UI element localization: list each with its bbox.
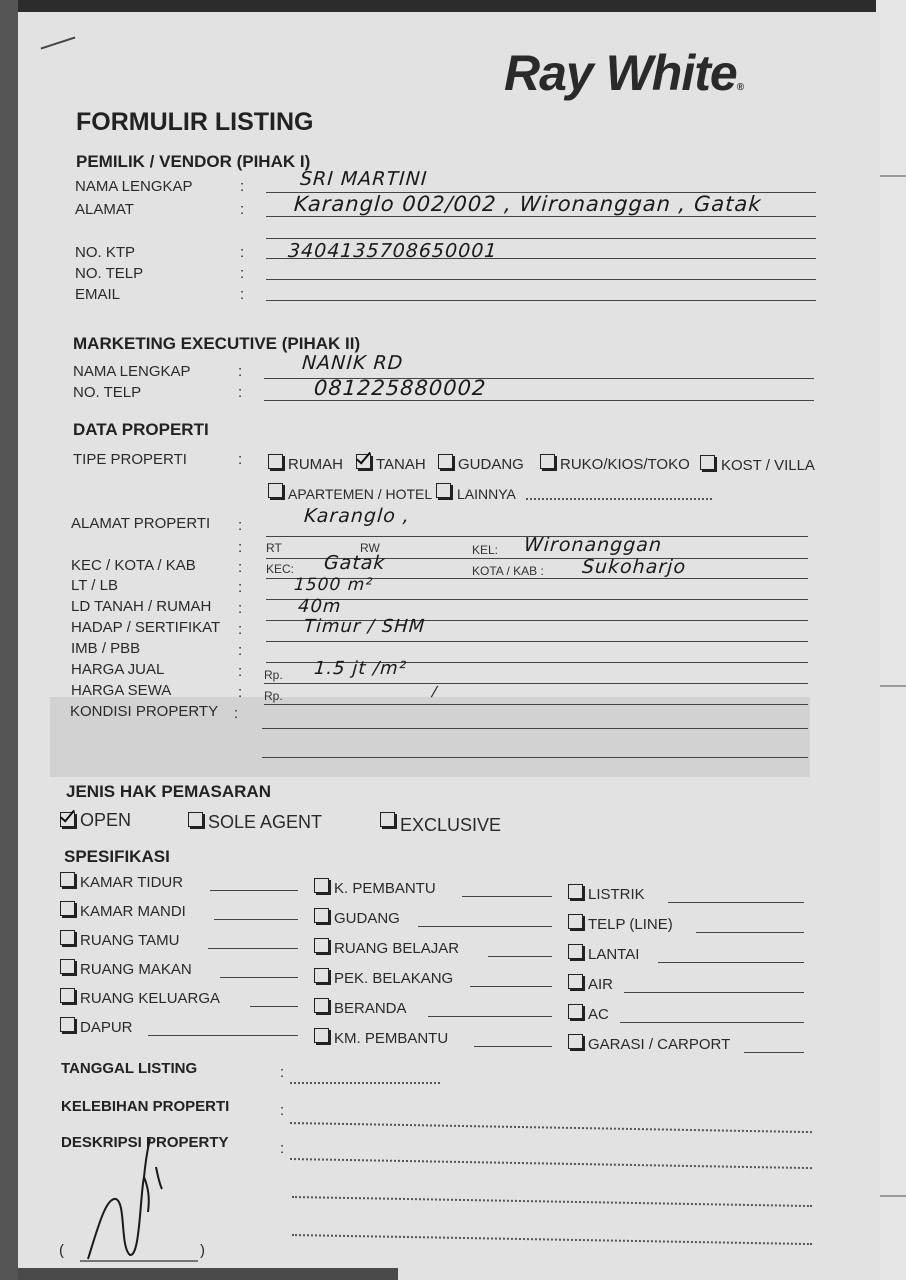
lt-lb-field[interactable]: 1500 m² [293,575,373,595]
harga-jual-label: HARGA JUAL [71,661,164,678]
checkbox-air[interactable] [568,974,583,989]
checkbox-pek-belakang[interactable] [314,968,329,983]
checkbox-rumah[interactable] [268,454,283,469]
kondisi-label: KONDISI PROPERTY [70,703,218,720]
pen-mark [41,36,76,49]
kelebihan-label: KELEBIHAN PROPERTI [61,1098,229,1115]
checkbox-ruang-keluarga[interactable] [60,988,75,1003]
spec-label: AIR [588,976,613,993]
spec-field[interactable] [696,932,804,933]
marketing-name-field[interactable]: NANIK RD [301,352,404,374]
spec-label: KAMAR MANDI [80,903,186,920]
vendor-address-field[interactable]: Karanglo 002/002 , Wironanggan , Gatak [293,192,762,216]
listing-form-paper: Ray White® FORMULIR LISTING PEMILIK / VE… [18,12,880,1280]
spec-label: K. PEMBANTU [334,880,436,897]
spec-label: KM. PEMBANTU [334,1030,448,1047]
checkbox-ruko[interactable] [540,454,555,469]
property-address-field[interactable]: Karanglo , [303,505,411,527]
kecamatan-field[interactable]: Gatak [323,552,386,574]
property-heading: DATA PROPERTI [73,420,209,440]
spec-field[interactable] [214,919,298,920]
tanggal-field[interactable] [290,1082,440,1084]
checkbox-ruang-belajar[interactable] [314,938,329,953]
checkbox-gudang[interactable] [314,908,329,923]
checkbox-ac[interactable] [568,1004,583,1019]
checkbox-k-pembantu[interactable] [314,878,329,893]
spec-label: RUANG KELUARGA [80,990,220,1007]
hadap-label: HADAP / SERTIFIKAT [71,619,220,636]
checkbox-dapur[interactable] [60,1017,75,1032]
vendor-phone-field[interactable] [266,279,816,280]
spec-field[interactable] [220,977,298,978]
spec-field[interactable] [210,890,298,891]
spec-label: GARASI / CARPORT [588,1036,730,1053]
background-left [0,0,18,1280]
kota-kab-field[interactable]: Sukoharjo [581,556,687,578]
vendor-email-field[interactable] [266,300,816,301]
spec-label: GUDANG [334,910,400,927]
vendor-name-label: NAMA LENGKAP [75,178,193,195]
hadap-field[interactable]: Timur / SHM [303,616,426,637]
spec-label: DAPUR [80,1019,133,1036]
marketing-phone-label: NO. TELP [73,384,141,401]
ld-field[interactable]: 40m [297,596,342,617]
spec-field[interactable] [624,992,804,993]
checkbox-apartemen[interactable] [268,483,283,498]
harga-sewa-field[interactable]: / [431,684,438,700]
checkbox-tanah[interactable] [356,454,371,469]
lainnya-field[interactable] [526,498,712,500]
spec-label: AC [588,1006,609,1023]
form-title: FORMULIR LISTING [76,108,313,137]
vendor-name-field[interactable]: SRI MARTINI [299,168,428,190]
specs-heading: SPESIFIKASI [64,847,170,867]
checkbox-open[interactable] [60,812,75,827]
lt-lb-label: LT / LB [71,577,118,594]
spec-field[interactable] [462,896,552,897]
checkbox-sole-agent[interactable] [188,812,203,827]
checkbox-beranda[interactable] [314,998,329,1013]
marketing-phone-field[interactable]: 081225880002 [313,376,487,400]
property-address-label: ALAMAT PROPERTI [71,515,210,532]
marketing-heading: MARKETING EXECUTIVE (PIHAK II) [73,334,360,354]
vendor-email-label: EMAIL [75,286,120,303]
spec-label: BERANDA [334,1000,407,1017]
spec-label: LANTAI [588,946,639,963]
kelebihan-field[interactable] [290,1122,812,1133]
spec-label: LISTRIK [588,886,645,903]
checkbox-exclusive[interactable] [380,812,395,827]
marketing-rights-heading: JENIS HAK PEMASARAN [66,782,271,802]
deskripsi-field[interactable] [290,1158,812,1169]
spec-field[interactable] [620,1022,804,1023]
vendor-address-label: ALAMAT [75,201,134,218]
checkbox-lainnya[interactable] [436,483,451,498]
checkbox-kamar-tidur[interactable] [60,872,75,887]
spec-field[interactable] [488,956,552,957]
spec-label: RUANG TAMU [80,932,179,949]
spec-field[interactable] [668,902,804,903]
spec-field[interactable] [744,1052,804,1053]
harga-sewa-label: HARGA SEWA [71,682,171,699]
kondisi-field[interactable] [262,728,808,729]
kec-kota-kab-label: KEC / KOTA / KAB [71,557,196,574]
spec-field[interactable] [658,962,804,963]
checkbox-kost-villa[interactable] [700,455,715,470]
signature [58,1137,218,1267]
property-type-label: TIPE PROPERTI [73,451,187,468]
checkbox-lantai[interactable] [568,944,583,959]
spec-field[interactable] [428,1016,552,1017]
spec-field[interactable] [470,986,552,987]
checkbox-km-pembantu[interactable] [314,1028,329,1043]
spec-field[interactable] [474,1046,552,1047]
kelurahan-field[interactable]: Wironanggan [523,534,663,556]
spec-field[interactable] [208,948,298,949]
imb-label: IMB / PBB [71,640,140,657]
spec-field[interactable] [250,1006,298,1007]
spec-label: PEK. BELAKANG [334,970,453,987]
vendor-ktp-label: NO. KTP [75,244,135,261]
tanggal-label: TANGGAL LISTING [61,1060,197,1077]
vendor-heading: PEMILIK / VENDOR (PIHAK I) [76,152,310,172]
ld-label: LD TANAH / RUMAH [71,598,211,615]
background-wall [876,0,906,1280]
spec-label: RUANG MAKAN [80,961,192,978]
ray-white-logo: Ray White® [504,44,743,102]
checkbox-gudang[interactable] [438,454,453,469]
checkbox-ruang-tamu[interactable] [60,930,75,945]
spec-label: KAMAR TIDUR [80,874,183,891]
spec-field[interactable] [418,926,552,927]
checkbox-telp-line[interactable] [568,914,583,929]
harga-jual-field[interactable]: 1.5 jt /m² [313,658,407,679]
vendor-phone-label: NO. TELP [75,265,143,282]
checkbox-ruang-makan[interactable] [60,959,75,974]
spec-label: TELP (LINE) [588,916,673,933]
marketing-name-label: NAMA LENGKAP [73,363,191,380]
checkbox-listrik[interactable] [568,884,583,899]
checkbox-garasi-carport[interactable] [568,1034,583,1049]
checkbox-kamar-mandi[interactable] [60,901,75,916]
spec-label: RUANG BELAJAR [334,940,459,957]
spec-field[interactable] [148,1035,298,1036]
